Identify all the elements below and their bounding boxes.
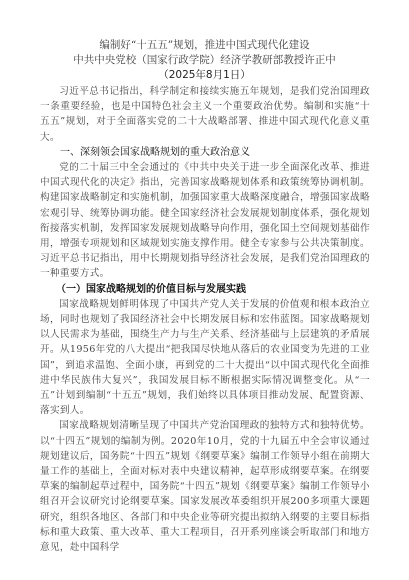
intro-paragraph: 习近平总书记指出，科学制定和接续实施五年规划，是我们党治国理政一条重要经验，也是… — [40, 84, 370, 145]
document-date: （2025年8月1日） — [0, 68, 409, 83]
subsection1-paragraph-2: 国家战略规划清晰呈现了中国共产党治国理政的独特方式和独特优势。以“十四五”规划的… — [40, 418, 370, 555]
section1-paragraph-1: 党的二十届三中全会通过的《中共中央关于进一步全面深化改革、推进中国式现代化的决定… — [40, 160, 370, 282]
document-header: 编制好“十五五”规划，推进中国式现代化建设 中共中央党校（国家行政学院）经济学教… — [0, 38, 409, 83]
document-author: 中共中央党校（国家行政学院）经济学教研部教授许正中 — [0, 53, 409, 68]
subsection1-paragraph-1: 国家战略规划鲜明体现了中国共产党人关于发展的价值观和根本政治立场，同时也规划了我… — [40, 297, 370, 419]
document-body: 习近平总书记指出，科学制定和接续实施五年规划，是我们党治国理政一条重要经验，也是… — [40, 84, 370, 555]
subsection-heading-1: （一）国家战略规划的价值目标与发展实践 — [40, 282, 370, 297]
document-title: 编制好“十五五”规划，推进中国式现代化建设 — [0, 38, 409, 53]
section-heading-1: 一、深刻领会国家战略规划的重大政治意义 — [40, 145, 370, 160]
document-page: 编制好“十五五”规划，推进中国式现代化建设 中共中央党校（国家行政学院）经济学教… — [0, 0, 409, 580]
